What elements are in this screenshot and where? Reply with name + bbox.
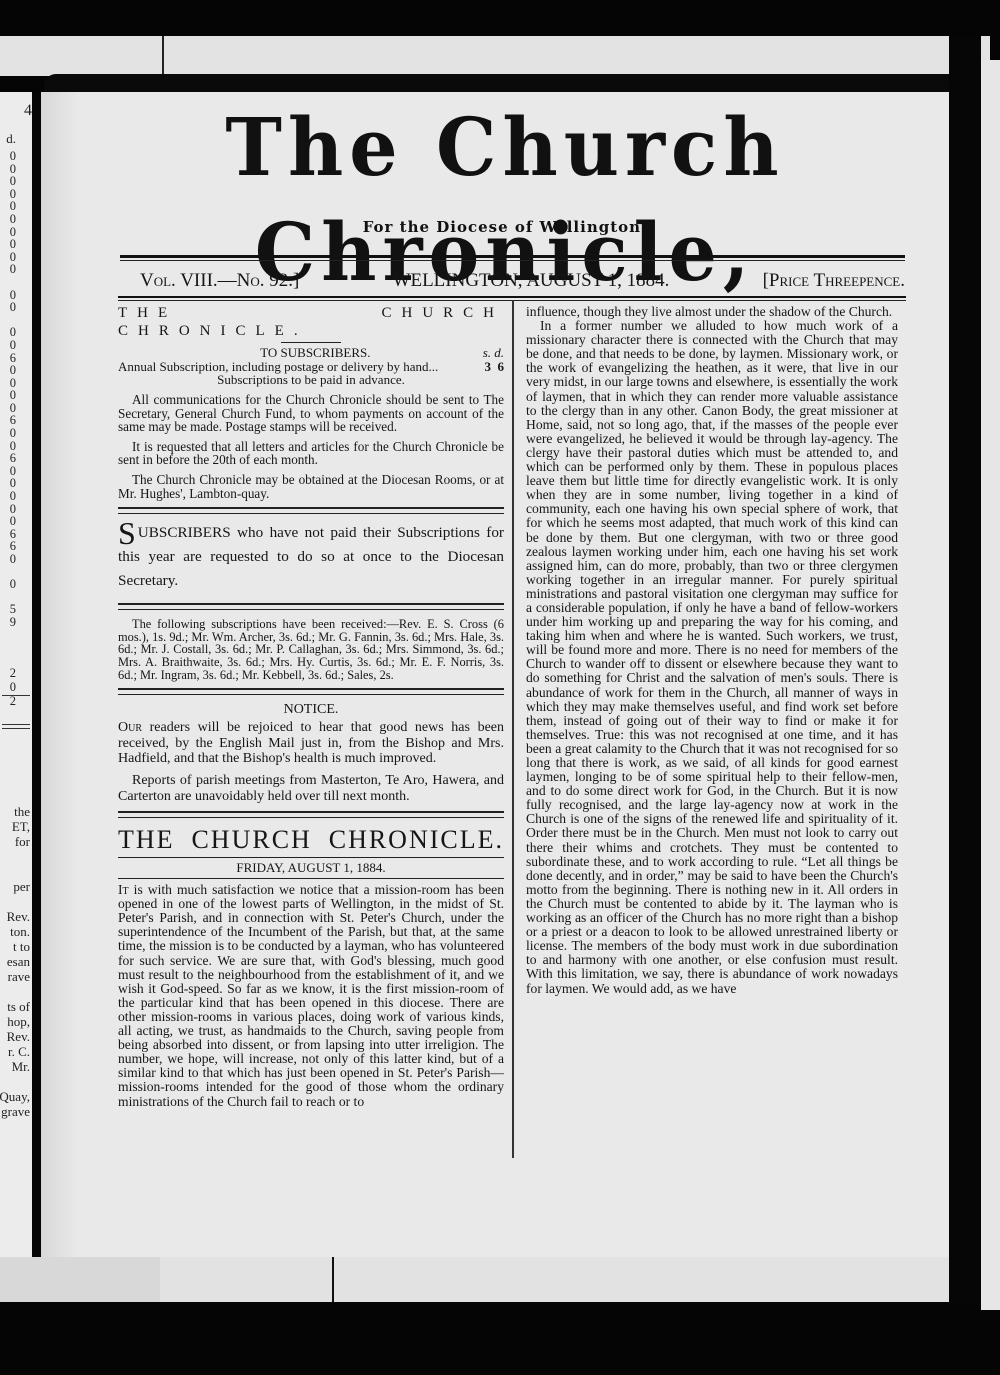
- bleed-fragment: [0, 894, 30, 909]
- section-rule: [118, 507, 504, 514]
- left-column: THE CHURCH CHRONICLE. TO SUBSCRIBERS. s.…: [118, 300, 504, 1109]
- drop-cap: S: [118, 523, 136, 543]
- bleed-rule: [2, 724, 30, 725]
- bleed-fragment: 0: [10, 490, 16, 503]
- dateline: Vol. VIII.—No. 92.] WELLINGTON, AUGUST 1…: [140, 268, 905, 294]
- editorial-date: FRIDAY, AUGUST 1, 1884.: [118, 860, 504, 876]
- editorial-continuation: In a former number we alluded to how muc…: [526, 319, 898, 996]
- section-rule: [118, 688, 504, 695]
- bleed-fragment: r. C.: [0, 1044, 30, 1059]
- bleed-fragment: [10, 276, 16, 289]
- bleed-fragment: 0: [10, 578, 16, 591]
- scan-bottom-strip: [160, 1257, 950, 1302]
- currency-units: s. d.: [483, 346, 504, 360]
- bleed-column-header: d.: [6, 132, 16, 145]
- notice-text: readers will be rejoiced to hear that go…: [118, 720, 504, 766]
- bleed-fragment: 0: [10, 364, 16, 377]
- bleed-totals: 202: [10, 666, 16, 708]
- bleed-fragment: [0, 1074, 30, 1089]
- communications-paragraph: All communications for the Church Chroni…: [118, 393, 504, 434]
- bleed-fragment: 0: [10, 680, 16, 694]
- bleed-fragment: 0: [10, 553, 16, 566]
- bleed-fragment: 0: [10, 175, 16, 188]
- page-top-edge: [44, 74, 1000, 92]
- bleed-fragment: Rev.: [0, 1029, 30, 1044]
- masthead-rule: [120, 255, 905, 258]
- bleed-fragment: 0: [10, 427, 16, 440]
- notice-paragraph-1: Our readers will be rejoiced to hear tha…: [118, 720, 504, 767]
- bleed-fragment: ET,: [0, 819, 30, 834]
- advance-note: Subscriptions to be paid in advance.: [118, 373, 504, 387]
- next-page-bleed: [981, 60, 1000, 1310]
- bleed-fragment: Rev.: [0, 909, 30, 924]
- arrears-text: UBSCRIBERS who have not paid their Subsc…: [118, 524, 504, 589]
- editorial-text: is with much satisfaction we notice that…: [118, 882, 504, 1108]
- right-column: influence, though they live almost under…: [526, 305, 898, 996]
- notice-paragraph-2: Reports of parish meetings from Masterto…: [118, 773, 504, 804]
- editorial-heading: THE CHURCH CHRONICLE.: [118, 825, 504, 855]
- section-heading: THE CHURCH CHRONICLE.: [118, 304, 504, 340]
- masthead-subtitle: For the Diocese of Wellington.: [120, 218, 890, 236]
- bleed-fragment: esan: [0, 954, 30, 969]
- bleed-fragment: 9: [10, 616, 16, 629]
- bleed-fragment: 0: [10, 150, 16, 163]
- editorial-lead: It: [118, 882, 129, 897]
- bleed-fragment: grave: [0, 1104, 30, 1119]
- column-divider: [512, 300, 514, 1158]
- volume-number: Vol. VIII.—No. 92.]: [140, 270, 299, 292]
- bleed-fragment: 0: [10, 301, 16, 314]
- fee-value: 3 6: [485, 360, 505, 374]
- subscribers-heading: TO SUBSCRIBERS.: [118, 346, 483, 360]
- bleed-fragment: [0, 864, 30, 879]
- notice-heading: NOTICE.: [118, 702, 504, 718]
- bleed-fragment: Quay,: [0, 1089, 30, 1104]
- dateline-rule: [118, 296, 906, 298]
- scan-bottom-left: [0, 1257, 160, 1302]
- bleed-fragment: 0: [10, 339, 16, 352]
- price: [Price Threepence.: [763, 270, 905, 292]
- bleed-fragment: per: [0, 879, 30, 894]
- continuation-paragraph: influence, though they live almost under…: [526, 305, 898, 319]
- bleed-fragment: [0, 984, 30, 999]
- bleed-fragment: t to: [0, 939, 30, 954]
- bleed-fragment: [0, 849, 30, 864]
- subscribers-heading-row: TO SUBSCRIBERS. s. d.: [118, 346, 504, 360]
- place-date: WELLINGTON, AUGUST 1, 1884.: [393, 270, 670, 292]
- arrears-notice: SUBSCRIBERS who have not paid their Subs…: [118, 521, 504, 593]
- subscription-fee-row: Annual Subscription, including postage o…: [118, 360, 504, 374]
- page-spine-shadow: [32, 92, 41, 1257]
- availability-paragraph: The Church Chronicle may be obtained at …: [118, 473, 504, 500]
- bleed-page-number: 4: [24, 104, 32, 117]
- bleed-fragment: the: [0, 804, 30, 819]
- scan-top-strip: [0, 36, 990, 76]
- bleed-fragment: 0: [10, 213, 16, 226]
- bleed-fragment: 0: [10, 238, 16, 251]
- scan-mark: [162, 36, 164, 76]
- subscriptions-received: The following subscriptions have been re…: [118, 618, 504, 681]
- bleed-fragment: for: [0, 834, 30, 849]
- section-rule: [118, 603, 504, 610]
- bleed-fragment: 2: [10, 666, 16, 680]
- bleed-rule: [2, 695, 30, 696]
- bleed-fragment: hop,: [0, 1014, 30, 1029]
- bleed-fragment: rave: [0, 969, 30, 984]
- bleed-fragment: 0: [10, 389, 16, 402]
- bleed-fragment: 0: [10, 515, 16, 528]
- page-right-edge: [949, 36, 981, 1306]
- editorial-rule: [118, 857, 504, 858]
- masthead-rule: [120, 260, 905, 261]
- editorial-rule: [118, 878, 504, 879]
- notice-lead: Our: [118, 720, 142, 735]
- fee-label: Annual Subscription, including postage o…: [118, 360, 438, 374]
- deadline-paragraph: It is requested that all letters and art…: [118, 440, 504, 467]
- bleed-fragment: Mr.: [0, 1059, 30, 1074]
- bleed-fragment: 2: [10, 694, 16, 708]
- editorial-body: It is with much satisfaction we notice t…: [118, 883, 504, 1109]
- scan-mark: [332, 1257, 334, 1302]
- bleed-digit-column: 0000000000 00 0060000600600000660 0 59: [10, 150, 16, 629]
- short-rule: [281, 342, 341, 343]
- bleed-rule: [2, 728, 30, 729]
- previous-page-bleed: 4 d. 0000000000 00 0060000600600000660 0…: [0, 92, 32, 1257]
- bleed-fragment: ts of: [0, 999, 30, 1014]
- bleed-fragment: ton.: [0, 924, 30, 939]
- section-rule: [118, 811, 504, 818]
- bleed-word-fragments: theET,for per Rev.ton.t toesanrave ts of…: [0, 804, 30, 1119]
- bleed-fragment: 6: [10, 452, 16, 465]
